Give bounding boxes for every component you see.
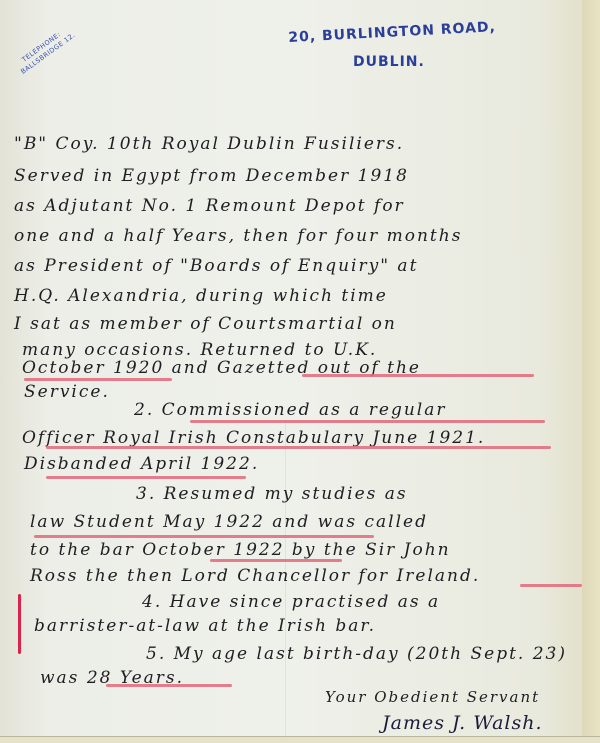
text-line: barrister-at-law at the Irish bar. [34, 616, 376, 636]
red-underline [46, 476, 246, 479]
red-underline [210, 559, 342, 562]
regiment-line: "B" Coy. 10th Royal Dublin Fusiliers. [14, 134, 404, 154]
red-underline [46, 446, 551, 449]
text-line: Served in Egypt from December 1918 [14, 166, 409, 186]
red-underline [106, 684, 232, 687]
page-edge-bottom [0, 736, 600, 743]
red-underline [34, 535, 374, 538]
letterhead-city: DUBLIN. [353, 54, 425, 70]
text-line: I sat as member of Courtsmartial on [14, 314, 397, 334]
page-edge [582, 0, 600, 743]
valediction: Your Obedient Servant [325, 688, 540, 706]
red-underline [302, 374, 534, 377]
text-line: to the bar October 1922 by the Sir John [30, 540, 451, 560]
red-underline [190, 420, 545, 423]
text-line: law Student May 1922 and was called [30, 512, 428, 532]
text-line: 3. Resumed my studies as [136, 484, 408, 504]
text-line: many occasions. Returned to U.K. [22, 340, 377, 360]
text-line: as President of "Boards of Enquiry" at [14, 256, 418, 276]
text-line: 5. My age last birth-day (20th Sept. 23) [146, 644, 567, 664]
red-underline [24, 378, 172, 381]
text-line: 4. Have since practised as a [142, 592, 440, 612]
text-line: Ross the then Lord Chancellor for Irelan… [30, 566, 480, 586]
text-line: one and a half Years, then for four mont… [14, 226, 462, 246]
text-line: Service. [24, 382, 110, 402]
text-line: H.Q. Alexandria, during which time [14, 286, 388, 306]
red-underline [520, 584, 582, 587]
text-line: 2. Commissioned as a regular [134, 400, 446, 420]
text-line: Disbanded April 1922. [24, 454, 259, 474]
margin-mark [18, 594, 21, 654]
text-line: Officer Royal Irish Constabulary June 19… [22, 428, 485, 448]
text-line: as Adjutant No. 1 Remount Depot for [14, 196, 405, 216]
signature: James J. Walsh. [382, 712, 543, 734]
